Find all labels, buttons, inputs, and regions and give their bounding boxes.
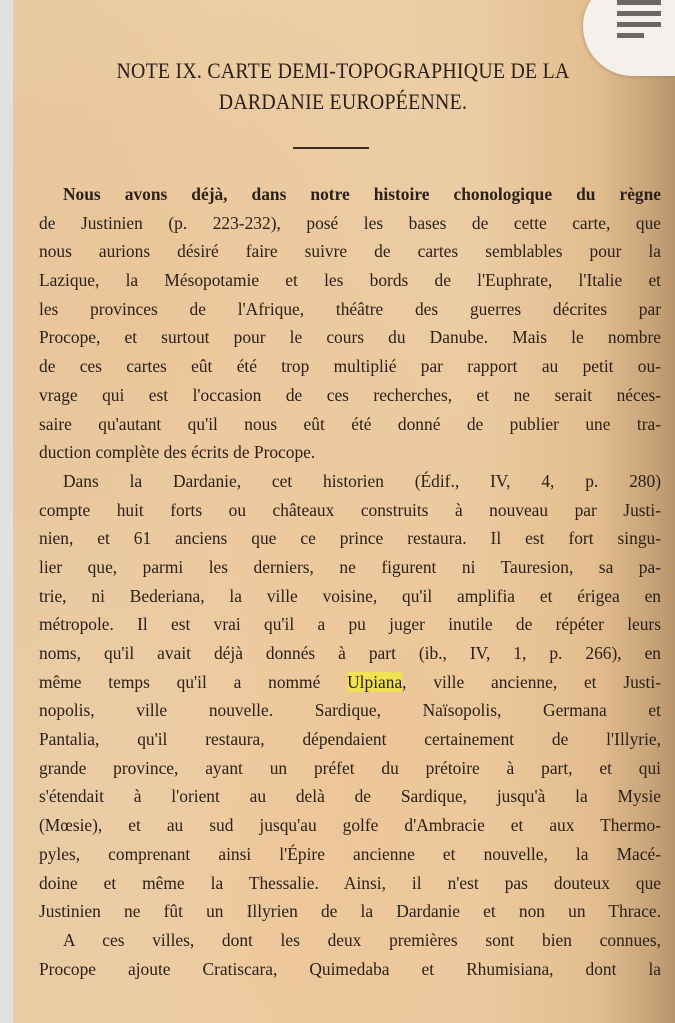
text-line: les provinces de l'Afrique, théâtre des …: [39, 295, 661, 324]
page-title-line-2: DARDANIE EUROPÉENNE.: [70, 89, 616, 115]
text-line: lier que, parmi les derniers, ne figuren…: [39, 553, 661, 582]
text-line: doine et même la Thessalie. Ainsi, il n'…: [39, 869, 661, 898]
text-line: métropole. Il est vrai qu'il a pu juger …: [39, 610, 661, 639]
text-line: Nous avons déjà, dans notre histoire cho…: [39, 180, 661, 209]
text-line: Procope ajoute Cratiscara, Quimedaba et …: [39, 955, 661, 984]
text-line: (Mœsie), et au sud jusqu'au golfe d'Ambr…: [39, 811, 661, 840]
page-title-line-1: NOTE IX. CARTE DEMI-TOPOGRAPHIQUE DE LA: [70, 58, 616, 84]
text-after-highlight: , ville ancienne, et Justi-: [402, 672, 661, 692]
text-line: de Justinien (p. 223-232), posé les base…: [39, 209, 661, 238]
text-line: de ces cartes eût été trop multiplié par…: [39, 352, 661, 381]
text-line: grande province, ayant un préfet du prét…: [39, 754, 661, 783]
text-line: Lazique, la Mésopotamie et les bords de …: [39, 266, 661, 295]
title-divider: [293, 147, 369, 149]
text-line: Dans la Dardanie, cet historien (Édif., …: [39, 467, 661, 496]
text-line: nien, et 61 anciens que ce prince restau…: [39, 524, 661, 553]
text-line: Procope, et surtout pour le cours du Dan…: [39, 323, 661, 352]
highlighted-word[interactable]: Ulpiana: [347, 672, 402, 692]
text-line: nous aurions désiré faire suivre de cart…: [39, 237, 661, 266]
text-line: vrage qui est l'occasion de ces recherch…: [39, 381, 661, 410]
text-line: Pantalia, qu'il restaura, dépendaient ce…: [39, 725, 661, 754]
text-line: trie, ni Bederiana, la ville voisine, qu…: [39, 582, 661, 611]
text-line: compte huit forts ou châteaux construits…: [39, 496, 661, 525]
text-line: s'étendait à l'orient au delà de Sardiqu…: [39, 782, 661, 811]
text-line: saire qu'autant qu'il nous eût été donné…: [39, 410, 661, 439]
text-line: Justinien ne fût un Illyrien de la Darda…: [39, 897, 661, 926]
body-text: Nous avons déjà, dans notre histoire cho…: [39, 180, 661, 983]
text-line: A ces villes, dont les deux premières so…: [39, 926, 661, 955]
left-gutter: [0, 0, 13, 1023]
book-page: NOTE IX. CARTE DEMI-TOPOGRAPHIQUE DE LA …: [13, 0, 675, 1023]
text-line-highlighted: même temps qu'il a nommé Ulpiana, ville …: [39, 668, 661, 697]
text-line: pyles, comprenant ainsi l'Épire ancienne…: [39, 840, 661, 869]
text-before-highlight: même temps qu'il a nommé: [39, 672, 347, 692]
text-line: nopolis, ville nouvelle. Sardique, Naïso…: [39, 696, 661, 725]
text-line: noms, qu'il avait déjà donnés à part (ib…: [39, 639, 661, 668]
text-line: duction complète des écrits de Procope.: [39, 438, 661, 467]
